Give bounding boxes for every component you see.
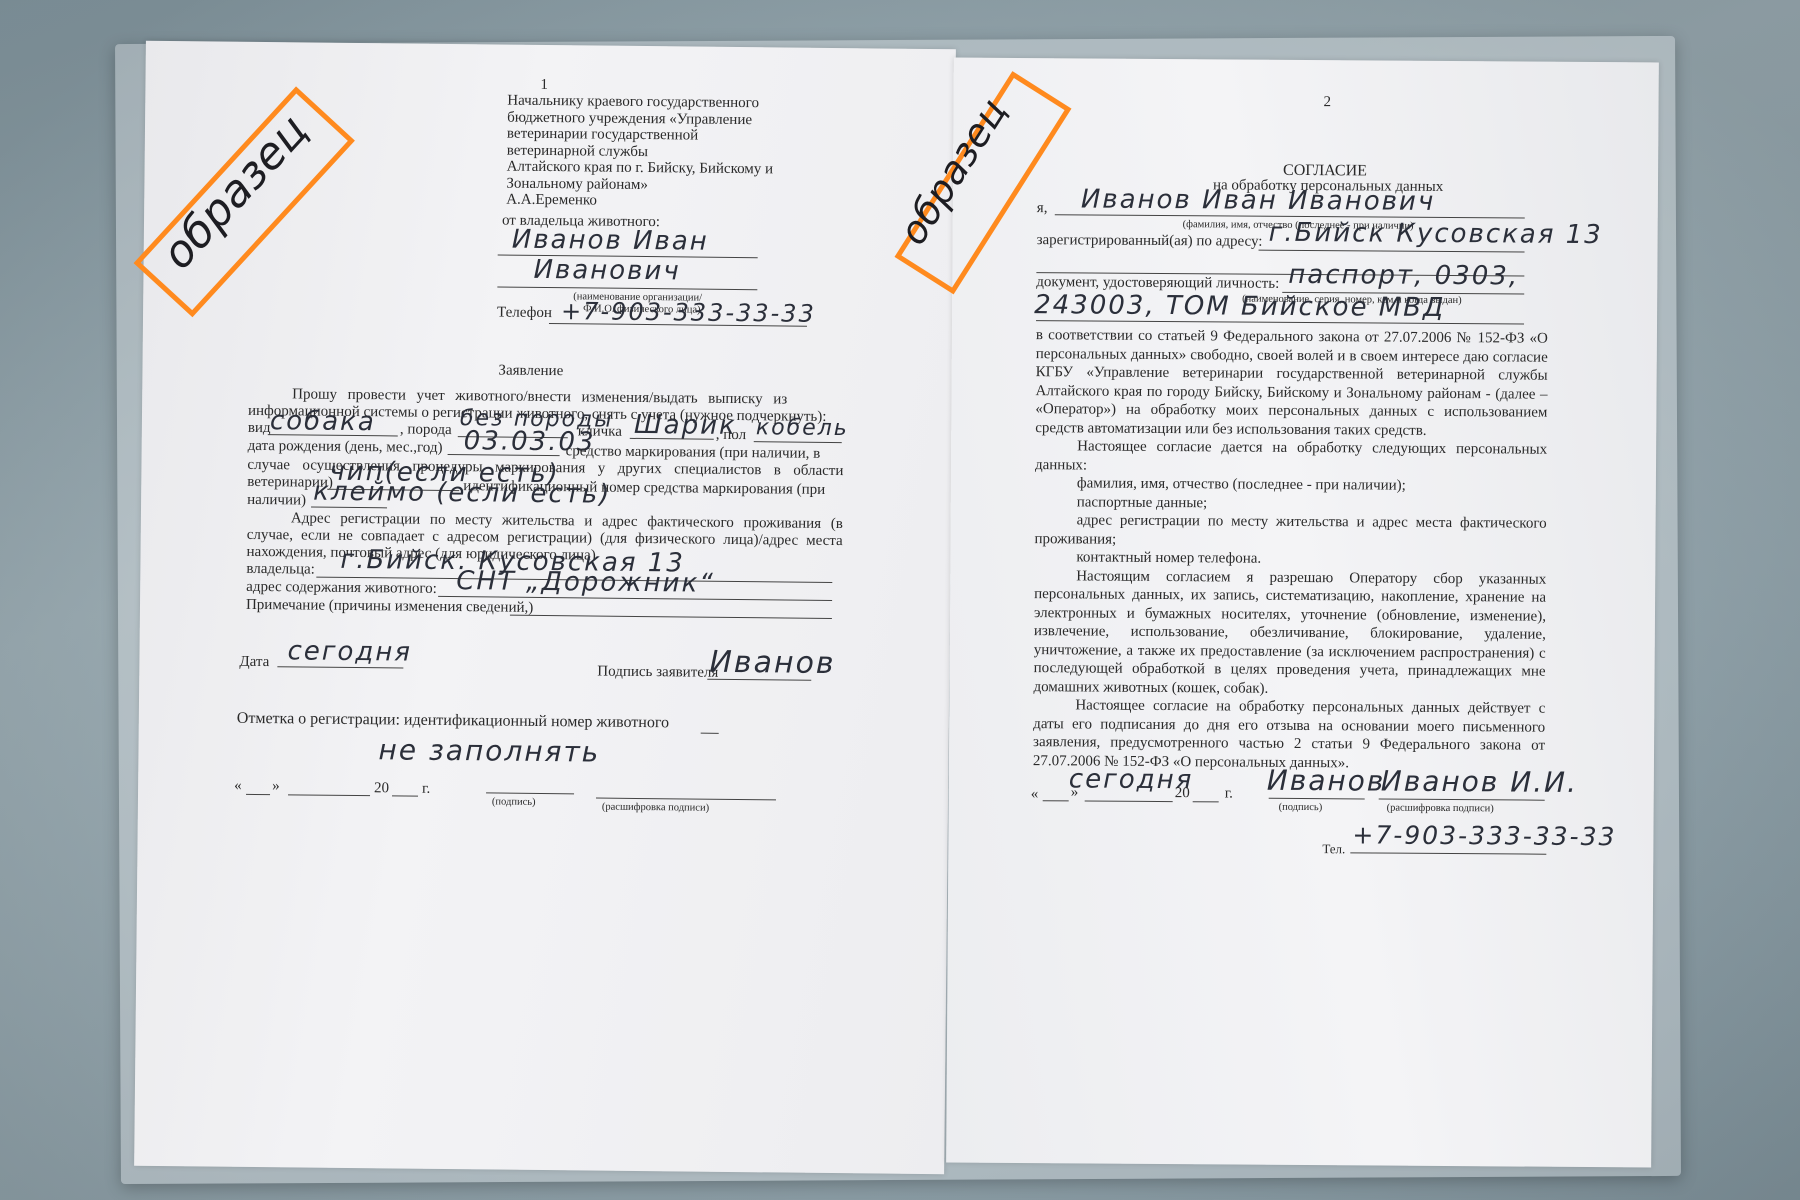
keeping-address-label: адрес содержания животного:: [246, 579, 437, 598]
data-item: адрес регистрации по месту жительства и …: [1034, 511, 1546, 552]
reg-decode-underline: [596, 798, 776, 801]
day-underline: [1043, 800, 1069, 801]
reg-decode-caption: (расшифровка подписи): [602, 802, 709, 815]
sex-underline: [754, 441, 842, 443]
reg-day-underline: [246, 794, 270, 795]
consent-sign-caption: (подпись): [1279, 802, 1323, 814]
consent-title: СОГЛАСИЕ: [1283, 162, 1367, 180]
full-name-value: Иванов Иван Иванович: [1081, 184, 1436, 216]
breed-label: , порода: [400, 421, 452, 439]
sex-value: кобель: [756, 415, 849, 441]
reg-year-suffix: г.: [422, 781, 430, 798]
owner-name-line1: Иванов Иван: [512, 225, 709, 257]
consent-decode-underline: [1379, 799, 1545, 801]
keeping-address-value: СНТ „Дорожник“: [456, 566, 715, 599]
consent-phone-label: Тел.: [1322, 840, 1345, 857]
registered-value: г.Бийск Кусовская 13: [1269, 218, 1603, 250]
date-open-quote: «: [1031, 786, 1039, 803]
date-label: Дата: [239, 654, 269, 671]
consent-paragraph-2: Настоящее согласие дается на обработку с…: [1035, 437, 1547, 478]
species-value: собака: [270, 406, 376, 437]
year-prefix: 20: [1175, 785, 1190, 802]
registered-underline: [1259, 250, 1525, 253]
page-number: 2: [1324, 94, 1332, 111]
form-title: Заявление: [498, 363, 563, 381]
reg-sign-caption: (подпись): [492, 796, 536, 808]
id-doc-value-1: паспорт, 0303,: [1288, 260, 1519, 292]
consent-paragraph-4: Настоящее согласие на обработку персонал…: [1033, 696, 1546, 774]
owner-name-line2: Иванович: [533, 255, 681, 287]
addressee-line: ветеринарной службы: [507, 142, 648, 160]
consent-signature-decoded: Иванов И.И.: [1381, 765, 1578, 799]
i-label: я,: [1037, 200, 1048, 217]
reg-year-prefix: 20: [374, 780, 389, 797]
registered-label: зарегистрированный(ая) по адресу:: [1037, 232, 1263, 251]
id-text-2-label: наличии): [247, 492, 306, 510]
consent-phone-value: +7-903-333-33-33: [1352, 820, 1616, 851]
applicant-signature: Иванов: [709, 645, 836, 681]
year-suffix: г.: [1225, 785, 1233, 802]
date-underline: [277, 666, 403, 668]
note-label: Примечание (причины изменения сведений,): [246, 597, 533, 617]
consent-decode-caption: (расшифровка подписи): [1387, 803, 1494, 816]
applicant-signature-label: Подпись заявителя: [597, 664, 718, 682]
consent-form-page: 2 СОГЛАСИЕ на обработку персональных дан…: [946, 58, 1659, 1168]
registration-underline: [701, 733, 719, 734]
consent-signature: Иванов: [1267, 764, 1386, 798]
id-underline: [311, 507, 387, 509]
reg-date-open-quote: «: [234, 778, 242, 795]
consent-body: в соответствии со статьей 9 Федерального…: [1033, 326, 1548, 774]
owner-name-underline-2: [497, 286, 757, 290]
reg-date-close-quote: »: [272, 778, 280, 795]
page-number: 1: [540, 77, 548, 94]
application-form-page: 1 Начальнику краевого государственногобю…: [134, 41, 956, 1174]
year-underline: [1193, 801, 1219, 802]
registration-value: не заполнять: [378, 733, 600, 768]
reg-month-underline: [288, 794, 370, 796]
consent-paragraph-3: Настоящим согласием я разрешаю Оператору…: [1033, 567, 1546, 700]
id-doc-value-2: 243003, ТОМ Бийское МВД: [1034, 290, 1445, 323]
data-items-list: фамилия, имя, отчество (последнее - при …: [1034, 474, 1547, 570]
phone-label: Телефон: [497, 304, 552, 322]
signature-underline: [707, 679, 811, 681]
consent-paragraph-1: в соответствии со статьей 9 Федерального…: [1035, 326, 1548, 441]
addressee-line: Зональному районам»: [506, 175, 648, 193]
reg-sign-underline: [486, 792, 574, 794]
reg-year-underline: [392, 795, 418, 796]
consent-sign-underline: [1269, 798, 1365, 800]
owner-address-label: владельца:: [246, 561, 315, 579]
month-underline: [1085, 800, 1173, 802]
sex-label: , пол: [716, 427, 747, 444]
date-value: сегодня: [287, 636, 412, 667]
birth-label: дата рождения (день, мес.,год): [248, 438, 443, 457]
registration-label: Отметка о регистрации: идентификационный…: [237, 710, 669, 732]
id-value: клеймо (если есть): [313, 477, 611, 510]
addressee-line: А.А.Еременко: [506, 192, 597, 210]
consent-phone-underline: [1350, 852, 1546, 854]
note-underline: [510, 615, 832, 619]
